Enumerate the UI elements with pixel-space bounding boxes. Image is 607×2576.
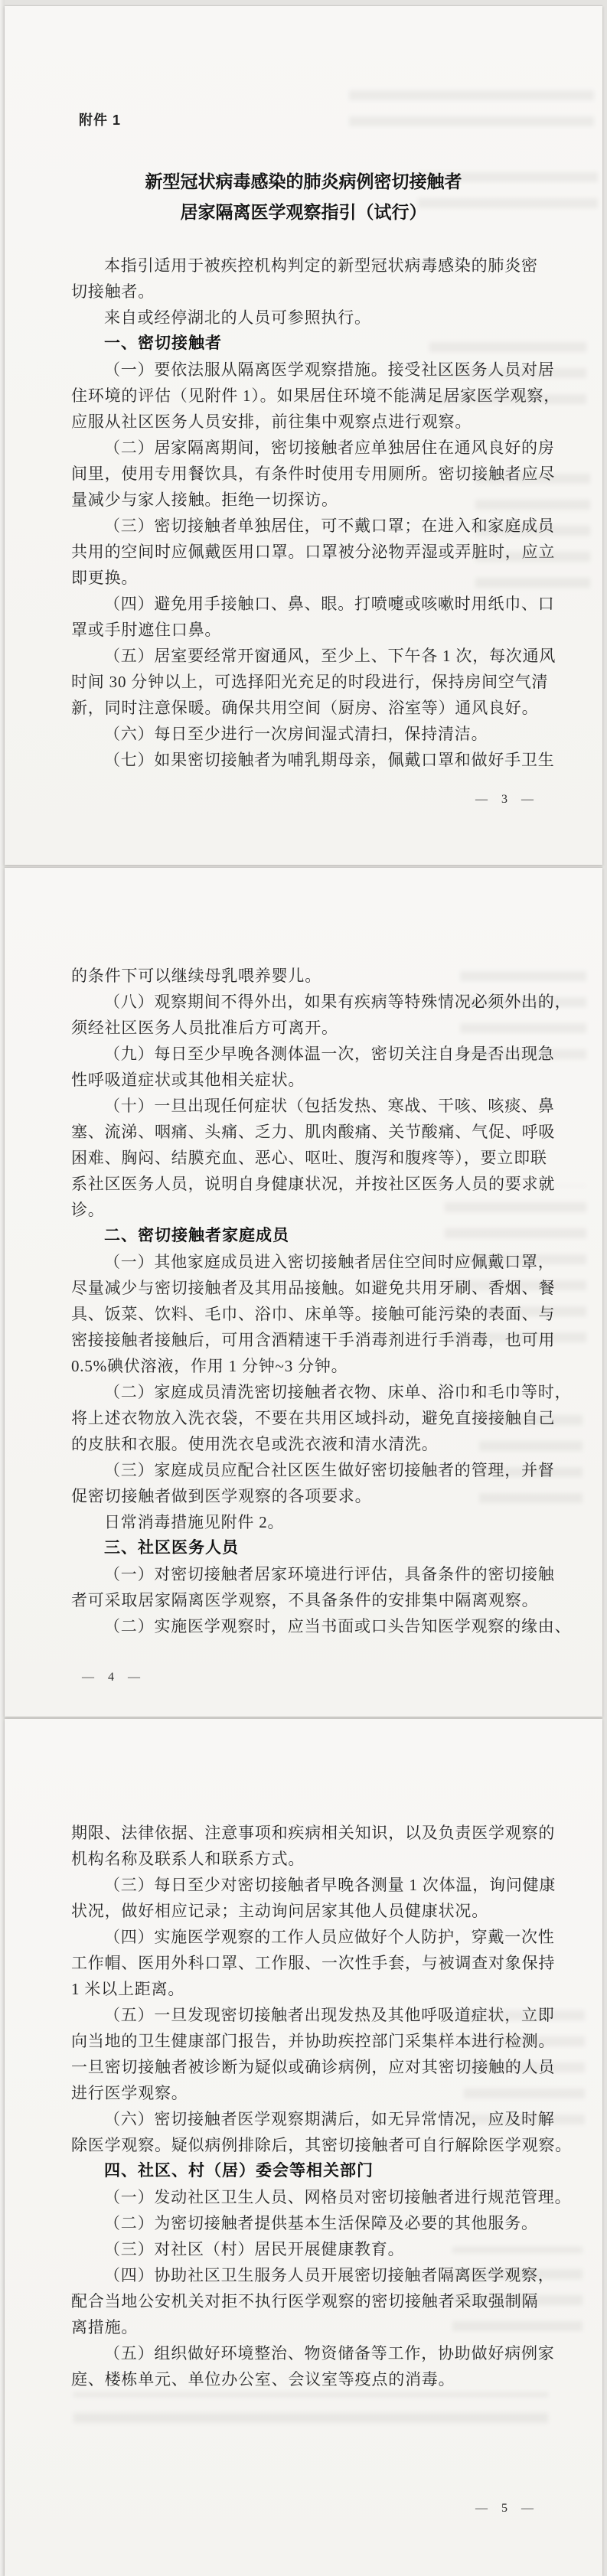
page-body: 期限、法律依据、注意事项和疾病相关知识，以及负责医学观察的机构名称及联系人和联系…	[71, 1820, 576, 2392]
text-line: 的条件下可以继续母乳喂养婴儿。	[71, 963, 576, 989]
bleed-through-artifact	[73, 2392, 548, 2423]
page-body: 本指引适用于被疾控机构判定的新型冠状病毒感染的肺炎密切接触者。来自或经停湖北的人…	[71, 253, 576, 773]
attachment-label: 附件 1	[79, 109, 121, 129]
text-line: 诊。	[71, 1197, 576, 1223]
text-line: 时间 30 分钟以上，可选择阳光充足的时段进行，保持房间空气清	[71, 669, 576, 695]
text-line: （四）协助社区卫生服务人员开展密切接触者隔离医学观察，	[71, 2262, 576, 2288]
text-line: （三）每日至少对密切接触者早晚各测量 1 次体温，询问健康	[71, 1872, 576, 1898]
page-body: 的条件下可以继续母乳喂养婴儿。（八）观察期间不得外出，如果有疾病等特殊情况必须外…	[71, 963, 576, 1639]
text-line: （五）组织做好环境整治、物资储备等工作，协助做好病例家	[71, 2340, 576, 2366]
text-line: 进行医学观察。	[71, 2080, 576, 2106]
text-line: 量减少与家人接触。拒绝一切探访。	[71, 487, 576, 513]
text-line: （二）家庭成员清洗密切接触者衣物、床单、浴巾和毛巾等时，	[71, 1379, 576, 1405]
text-line: 庭、楼栋单元、单位办公室、会议室等疫点的消毒。	[71, 2366, 576, 2392]
page-number: — 5 —	[475, 2502, 535, 2516]
page-number: — 4 —	[82, 1671, 142, 1684]
text-line: （三）密切接触者单独居住，可不戴口罩；在进入和家庭成员	[71, 513, 576, 539]
text-line: 间里，使用专用餐饮具，有条件时使用专用厕所。密切接触者应尽	[71, 461, 576, 487]
text-line: 塞、流涕、咽痛、头痛、乏力、肌肉酸痛、关节酸痛、气促、呼吸	[71, 1119, 576, 1145]
text-line: 期限、法律依据、注意事项和疾病相关知识，以及负责医学观察的	[71, 1820, 576, 1846]
document-title: 新型冠状病毒感染的肺炎病例密切接触者 居家隔离医学观察指引（试行）	[5, 167, 602, 228]
scanned-document-canvas: { "palette": { "canvas_bg": "#e4e3e0", "…	[0, 0, 607, 2576]
text-line: 本指引适用于被疾控机构判定的新型冠状病毒感染的肺炎密	[71, 253, 576, 279]
text-line: （七）如果密切接触者为哺乳期母亲，佩戴口罩和做好手卫生	[71, 747, 576, 773]
text-line: 应服从社区医务人员安排，前往集中观察点进行观察。	[71, 409, 576, 435]
text-line: （六）每日至少进行一次房间湿式清扫，保持清洁。	[71, 721, 576, 747]
text-line: （一）对密切接触者居家环境进行评估，具备条件的密切接触	[71, 1561, 576, 1587]
text-line: 困难、胸闷、结膜充血、恶心、呕吐、腹泻和腹疼等），要立即联	[71, 1145, 576, 1171]
text-line: 1 米以上距离。	[71, 1976, 576, 2002]
text-line: 机构名称及联系人和联系方式。	[71, 1846, 576, 1872]
section-heading: 二、密切接触者家庭成员	[71, 1223, 576, 1249]
text-line: 密接接触者接触后，可用含酒精速干手消毒剂进行手消毒，也可用	[71, 1327, 576, 1353]
text-line: 促密切接触者做到医学观察的各项要求。	[71, 1483, 576, 1509]
text-line: 0.5%碘伏溶液，作用 1 分钟~3 分钟。	[71, 1353, 576, 1379]
text-line: 的皮肤和衣服。使用洗衣皂或洗衣液和清水清洗。	[71, 1431, 576, 1457]
text-line: 者可采取居家隔离医学观察，不具备条件的安排集中隔离观察。	[71, 1587, 576, 1613]
text-line: 向当地的卫生健康部门报告，并协助疾控部门采集样本进行检测。	[71, 2028, 576, 2054]
page-number: — 3 —	[475, 793, 535, 807]
section-heading: 四、社区、村（居）委会等相关部门	[71, 2158, 576, 2184]
text-line: 即更换。	[71, 565, 576, 591]
section-heading: 一、密切接触者	[71, 331, 576, 357]
text-line: 新，同时注意保暖。确保共用空间（厨房、浴室等）通风良好。	[71, 695, 576, 721]
document-page-1: 附件 1 新型冠状病毒感染的肺炎病例密切接触者 居家隔离医学观察指引（试行） 本…	[5, 6, 602, 865]
document-title-line2: 居家隔离医学观察指引（试行）	[5, 197, 602, 228]
text-line: 工作帽、医用外科口罩、工作服、一次性手套，与被调查对象保持	[71, 1950, 576, 1976]
text-line: （一）其他家庭成员进入密切接触者居住空间时应佩戴口罩，	[71, 1249, 576, 1275]
document-page-2: 的条件下可以继续母乳喂养婴儿。（八）观察期间不得外出，如果有疾病等特殊情况必须外…	[5, 868, 602, 1717]
bleed-through-artifact	[349, 79, 594, 126]
text-line: 住环境的评估（见附件 1）。如果居住环境不能满足居家医学观察，	[71, 383, 576, 409]
document-page-3: 期限、法律依据、注意事项和疾病相关知识，以及负责医学观察的机构名称及联系人和联系…	[5, 1719, 602, 2576]
text-line: 须经社区医务人员批准后方可离开。	[71, 1015, 576, 1041]
document-title-line1: 新型冠状病毒感染的肺炎病例密切接触者	[5, 167, 602, 197]
text-line: （五）一旦发现密切接触者出现发热及其他呼吸道症状，立即	[71, 2002, 576, 2028]
text-line: 一旦密切接触者被诊断为疑似或确诊病例，应对其密切接触的人员	[71, 2054, 576, 2080]
text-line: （六）密切接触者医学观察期满后，如无异常情况，应及时解	[71, 2106, 576, 2132]
text-line: （二）居家隔离期间，密切接触者应单独居住在通风良好的房	[71, 435, 576, 461]
text-line: （九）每日至少早晚各测体温一次，密切关注自身是否出现急	[71, 1041, 576, 1067]
text-line: （八）观察期间不得外出，如果有疾病等特殊情况必须外出的，	[71, 989, 576, 1015]
text-line: 切接触者。	[71, 279, 576, 305]
text-line: （二）实施医学观察时，应当书面或口头告知医学观察的缘由、	[71, 1613, 576, 1639]
text-line: 状况，做好相应记录；主动询问居家其他人员健康状况。	[71, 1898, 576, 1924]
text-line: （四）避免用手接触口、鼻、眼。打喷嚏或咳嗽时用纸巾、口	[71, 591, 576, 617]
text-line: 配合当地公安机关对拒不执行医学观察的密切接触者采取强制隔	[71, 2288, 576, 2314]
text-line: 除医学观察。疑似病例排除后，其密切接触者可自行解除医学观察。	[71, 2132, 576, 2158]
section-heading: 三、社区医务人员	[71, 1535, 576, 1561]
text-line: 日常消毒措施见附件 2。	[71, 1509, 576, 1535]
text-line: （十）一旦出现任何症状（包括发热、寒战、干咳、咳痰、鼻	[71, 1093, 576, 1119]
text-line: 离措施。	[71, 2314, 576, 2340]
text-line: 将上述衣物放入洗衣袋，不要在共用区域抖动，避免直接接触自己	[71, 1405, 576, 1431]
text-line: 共用的空间时应佩戴医用口罩。口罩被分泌物弄湿或弄脏时，应立	[71, 539, 576, 565]
text-line: 罩或手肘遮住口鼻。	[71, 617, 576, 643]
text-line: （五）居室要经常开窗通风，至少上、下午各 1 次，每次通风	[71, 643, 576, 669]
text-line: （二）为密切接触者提供基本生活保障及必要的其他服务。	[71, 2210, 576, 2236]
text-line: （一）要依法服从隔离医学观察措施。接受社区医务人员对居	[71, 357, 576, 383]
text-line: 具、饭菜、饮料、毛巾、浴巾、床单等。接触可能污染的表面、与	[71, 1301, 576, 1327]
text-line: （四）实施医学观察的工作人员应做好个人防护，穿戴一次性	[71, 1924, 576, 1950]
text-line: （三）对社区（村）居民开展健康教育。	[71, 2236, 576, 2262]
text-line: 系社区医务人员，说明自身健康状况，并按社区医务人员的要求就	[71, 1171, 576, 1197]
text-line: 性呼吸道症状或其他相关症状。	[71, 1067, 576, 1093]
text-line: 尽量减少与密切接触者及其用品接触。如避免共用牙刷、香烟、餐	[71, 1275, 576, 1301]
text-line: 来自或经停湖北的人员可参照执行。	[71, 305, 576, 331]
text-line: （三）家庭成员应配合社区医生做好密切接触者的管理，并督	[71, 1457, 576, 1483]
text-line: （一）发动社区卫生人员、网格员对密切接触者进行规范管理。	[71, 2184, 576, 2210]
